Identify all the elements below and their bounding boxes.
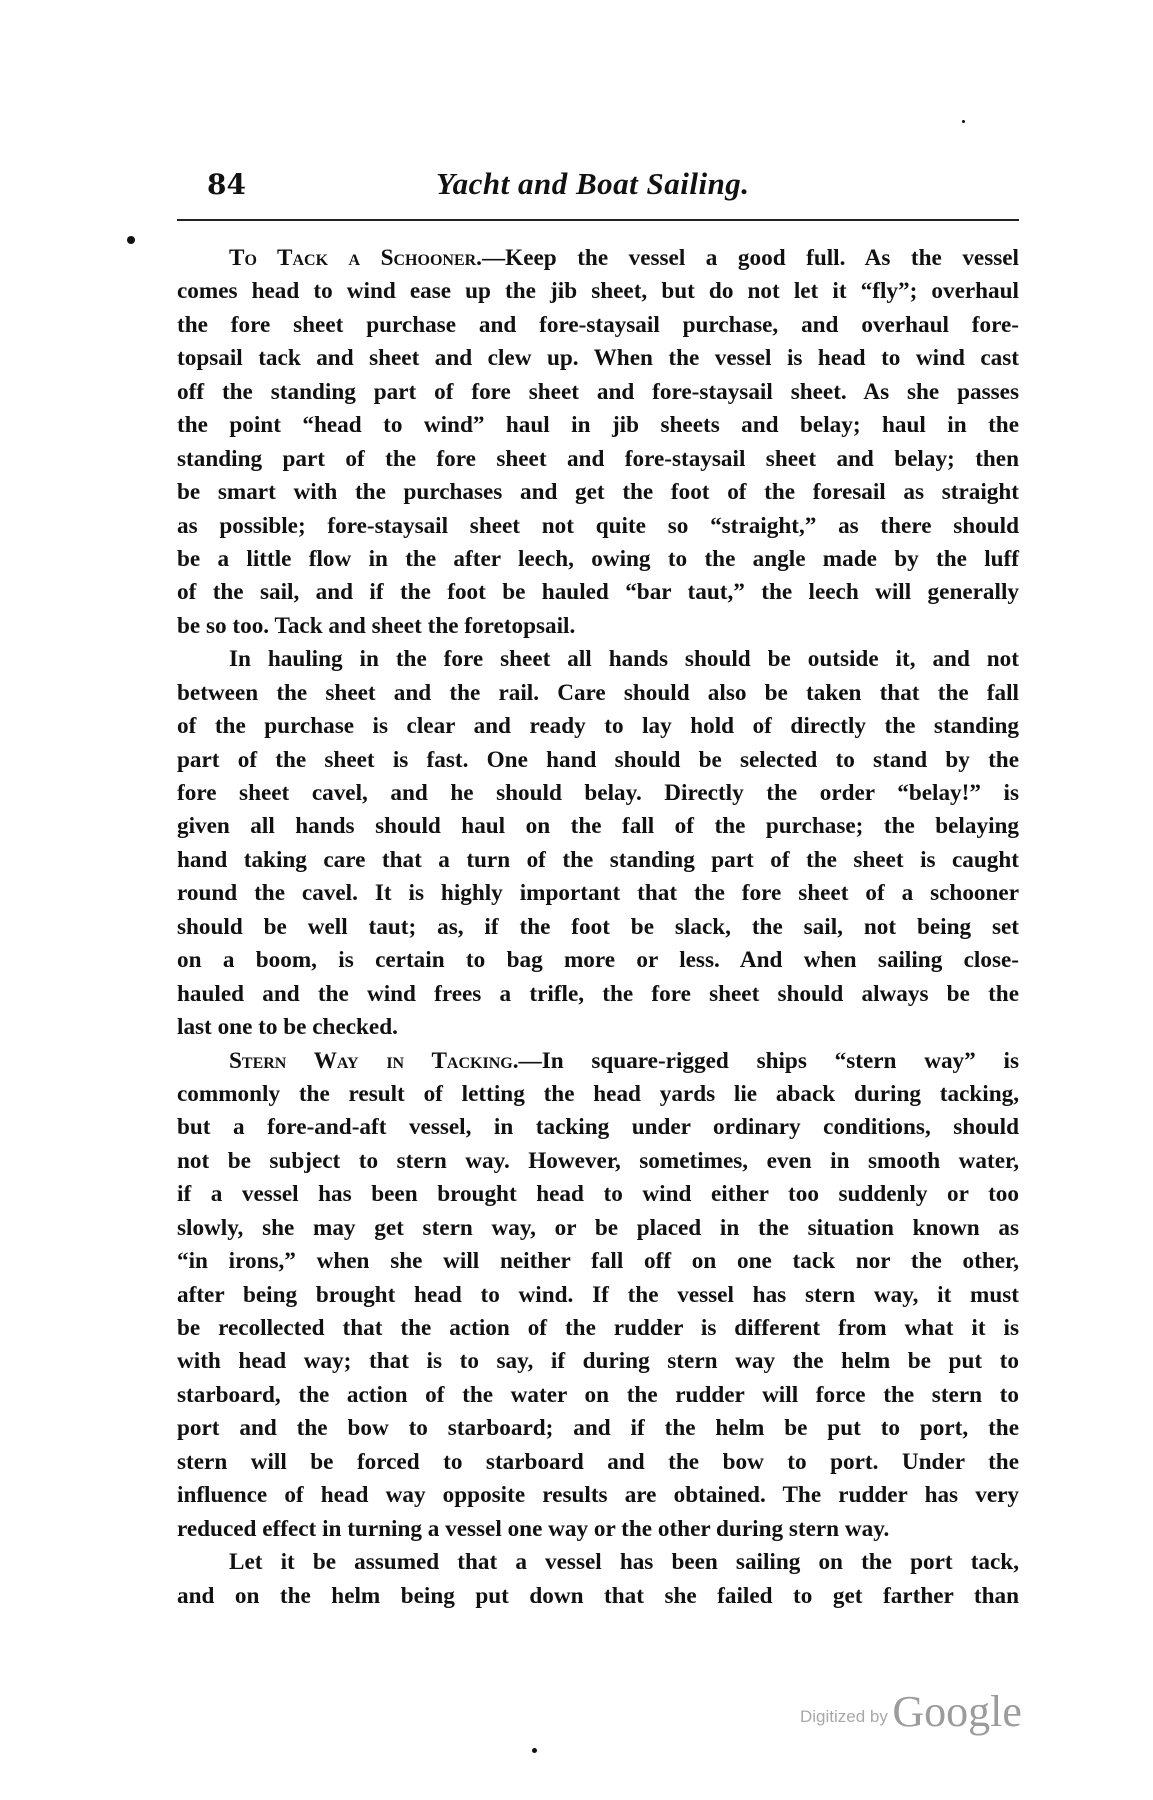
text-line: off the standing part of fore sheet and … — [177, 376, 1019, 409]
line-text: topsail tack and sheet and clew up. When… — [177, 345, 1019, 371]
line-text: after being brought head to wind. If the… — [177, 1282, 1019, 1308]
text-line: “in irons,” when she will neither fall o… — [177, 1245, 1019, 1278]
text-line: the point “head to wind” haul in jib she… — [177, 409, 1019, 442]
line-text: last one to be checked. — [177, 1014, 398, 1040]
text-line: topsail tack and sheet and clew up. When… — [177, 342, 1019, 375]
text-line: should be well taut; as, if the foot be … — [177, 911, 1019, 944]
watermark-brand: Google — [892, 1687, 1022, 1736]
line-text: part of the sheet is fast. One hand shou… — [177, 747, 1019, 773]
watermark-prefix: Digitized by — [800, 1707, 888, 1726]
paragraph: Let it be assumed that a vessel has been… — [177, 1546, 1019, 1613]
text-line: last one to be checked. — [177, 1011, 1019, 1044]
text-line: slowly, she may get stern way, or be pla… — [177, 1212, 1019, 1245]
text-line: be a little flow in the after leech, owi… — [177, 543, 1019, 576]
line-text: “in irons,” when she will neither fall o… — [177, 1248, 1019, 1274]
paragraph: To Tack a Schooner.—Keep the vessel a go… — [177, 242, 1019, 643]
text-line: Let it be assumed that a vessel has been… — [177, 1546, 1019, 1579]
line-text: influence of head way opposite results a… — [177, 1482, 1019, 1508]
line-text: off the standing part of fore sheet and … — [177, 379, 1019, 405]
text-line: not be subject to stern way. However, so… — [177, 1145, 1019, 1178]
line-text: but a fore-and-aft vessel, in tacking un… — [177, 1114, 1019, 1140]
line-text: the fore sheet purchase and fore-staysai… — [177, 312, 1019, 338]
text-line: of the sail, and if the foot be hauled “… — [177, 576, 1019, 609]
line-text: reduced effect in turning a vessel one w… — [177, 1516, 889, 1542]
text-line: comes head to wind ease up the jib sheet… — [177, 275, 1019, 308]
line-text: slowly, she may get stern way, or be pla… — [177, 1215, 1019, 1241]
text-line: hauled and the wind frees a trifle, the … — [177, 978, 1019, 1011]
scan-speck — [962, 120, 965, 123]
line-text: be smart with the purchases and get the … — [177, 479, 1019, 505]
line-text: be so too. Tack and sheet the foretopsai… — [177, 613, 575, 639]
body-text: To Tack a Schooner.—Keep the vessel a go… — [177, 242, 1019, 1613]
text-line: reduced effect in turning a vessel one w… — [177, 1513, 1019, 1546]
line-text: given all hands should haul on the fall … — [177, 813, 1019, 839]
line-text: round the cavel. It is highly important … — [177, 880, 1019, 906]
text-line: on a boom, is certain to bag more or les… — [177, 944, 1019, 977]
text-line: stern will be forced to starboard and th… — [177, 1446, 1019, 1479]
line-text: be recollected that the action of the ru… — [177, 1315, 1019, 1341]
line-text: should be well taut; as, if the foot be … — [177, 914, 1019, 940]
text-line: after being brought head to wind. If the… — [177, 1279, 1019, 1312]
line-text: the point “head to wind” haul in jib she… — [177, 412, 1019, 438]
paragraph: In hauling in the fore sheet all hands s… — [177, 643, 1019, 1044]
text-line: be so too. Tack and sheet the foretopsai… — [177, 610, 1019, 643]
line-text: commonly the result of letting the head … — [177, 1081, 1019, 1107]
line-text: —In square-rigged ships “stern way” is — [519, 1048, 1020, 1074]
line-text: hand taking care that a turn of the stan… — [177, 847, 1019, 873]
header-rule — [177, 219, 1019, 221]
text-line: between the sheet and the rail. Care sho… — [177, 677, 1019, 710]
line-text: of the purchase is clear and ready to la… — [177, 713, 1019, 739]
paragraph: Stern Way in Tacking.—In square-rigged s… — [177, 1045, 1019, 1547]
text-line: To Tack a Schooner.—Keep the vessel a go… — [177, 242, 1019, 275]
line-text: fore sheet cavel, and he should belay. D… — [177, 780, 1019, 806]
text-line: given all hands should haul on the fall … — [177, 810, 1019, 843]
digitized-by-google-watermark: Digitized by Google — [800, 1686, 1022, 1737]
scan-speck — [532, 1748, 537, 1753]
line-text: standing part of the fore sheet and fore… — [177, 446, 1019, 472]
text-line: if a vessel has been brought head to win… — [177, 1178, 1019, 1211]
text-line: Stern Way in Tacking.—In square-rigged s… — [177, 1045, 1019, 1078]
text-line: the fore sheet purchase and fore-staysai… — [177, 309, 1019, 342]
text-line: and on the helm being put down that she … — [177, 1580, 1019, 1613]
line-text: comes head to wind ease up the jib sheet… — [177, 278, 1019, 304]
text-line: standing part of the fore sheet and fore… — [177, 443, 1019, 476]
line-text: starboard, the action of the water on th… — [177, 1382, 1019, 1408]
line-text: between the sheet and the rail. Care sho… — [177, 680, 1019, 706]
line-text: In hauling in the fore sheet all hands s… — [229, 646, 1019, 672]
line-text: hauled and the wind frees a trifle, the … — [177, 981, 1019, 1007]
line-text: if a vessel has been brought head to win… — [177, 1181, 1019, 1207]
line-text: Let it be assumed that a vessel has been… — [229, 1549, 1019, 1575]
text-line: be recollected that the action of the ru… — [177, 1312, 1019, 1345]
text-line: starboard, the action of the water on th… — [177, 1379, 1019, 1412]
text-line: commonly the result of letting the head … — [177, 1078, 1019, 1111]
page-number: 84 — [207, 168, 246, 201]
text-line: with head way; that is to say, if during… — [177, 1345, 1019, 1378]
text-line: port and the bow to starboard; and if th… — [177, 1412, 1019, 1445]
line-text: —Keep the vessel a good full. As the ves… — [482, 245, 1019, 271]
line-text: on a boom, is certain to bag more or les… — [177, 947, 1019, 973]
line-text: be a little flow in the after leech, owi… — [177, 546, 1019, 572]
text-line: part of the sheet is fast. One hand shou… — [177, 744, 1019, 777]
text-line: as possible; fore-staysail sheet not qui… — [177, 510, 1019, 543]
text-line: be smart with the purchases and get the … — [177, 476, 1019, 509]
text-line: of the purchase is clear and ready to la… — [177, 710, 1019, 743]
scan-speck — [127, 236, 135, 244]
running-title: Yacht and Boat Sailing. — [436, 166, 750, 202]
line-text: of the sail, and if the foot be hauled “… — [177, 579, 1019, 605]
section-heading: To Tack a Schooner. — [229, 245, 482, 271]
line-text: port and the bow to starboard; and if th… — [177, 1415, 1019, 1441]
section-heading: Stern Way in Tacking. — [229, 1048, 519, 1074]
line-text: and on the helm being put down that she … — [177, 1583, 1019, 1609]
line-text: not be subject to stern way. However, so… — [177, 1148, 1019, 1174]
text-line: In hauling in the fore sheet all hands s… — [177, 643, 1019, 676]
line-text: as possible; fore-staysail sheet not qui… — [177, 513, 1019, 539]
text-line: influence of head way opposite results a… — [177, 1479, 1019, 1512]
line-text: stern will be forced to starboard and th… — [177, 1449, 1019, 1475]
text-line: hand taking care that a turn of the stan… — [177, 844, 1019, 877]
text-line: fore sheet cavel, and he should belay. D… — [177, 777, 1019, 810]
line-text: with head way; that is to say, if during… — [177, 1348, 1019, 1374]
text-line: round the cavel. It is highly important … — [177, 877, 1019, 910]
text-line: but a fore-and-aft vessel, in tacking un… — [177, 1111, 1019, 1144]
